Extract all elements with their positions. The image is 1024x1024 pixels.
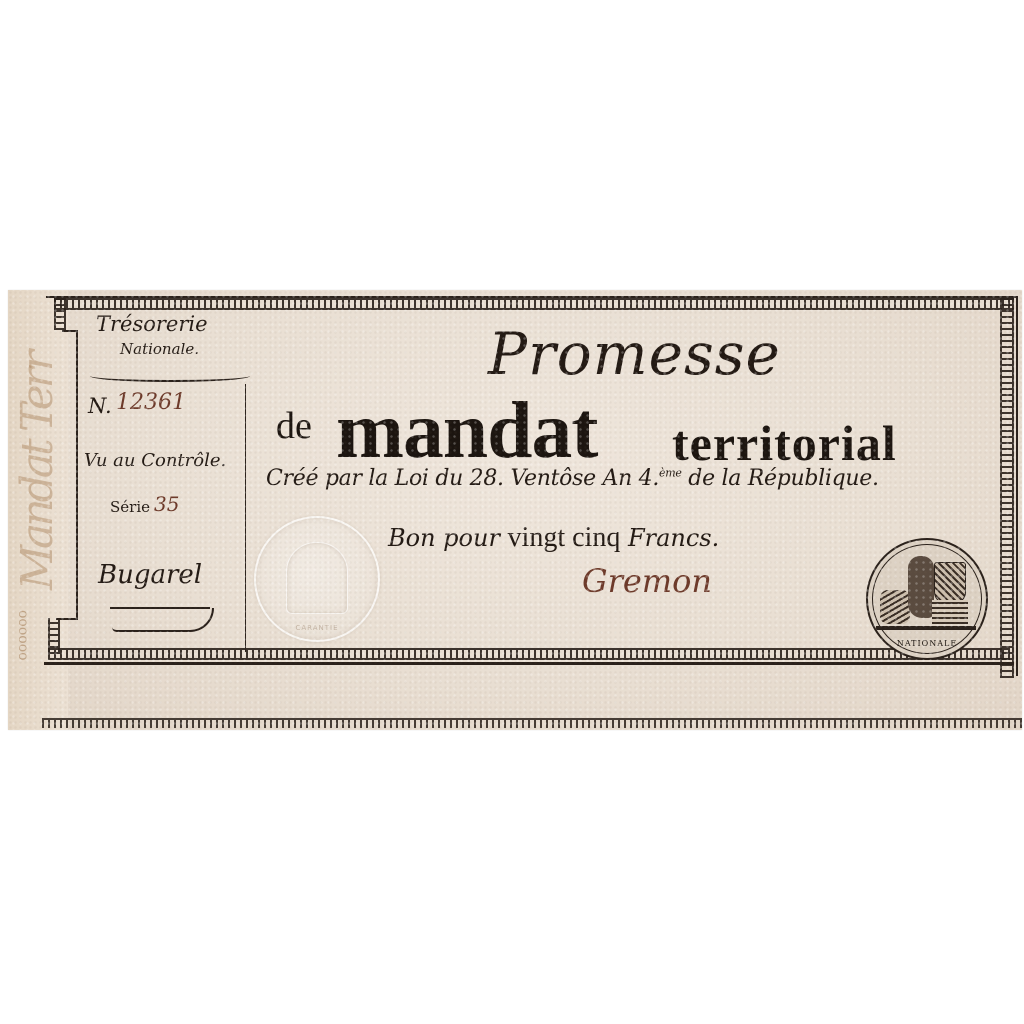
series-label: Série: [110, 498, 150, 516]
banknote: Mandat Terr oooooo Trésorerie Nationale.…: [8, 290, 1022, 730]
printed-seal-label: NATIONALE: [868, 639, 986, 648]
printed-seal: NATIONALE: [866, 538, 988, 660]
border-right-pattern: [1000, 298, 1014, 678]
border-left-top-pattern: [54, 298, 66, 330]
flourish-divider: [90, 370, 250, 382]
border-bottom-rule: [44, 662, 1014, 665]
seated-figure-icon: [908, 556, 934, 618]
adjacent-note-border: [42, 718, 1022, 728]
serial-number-label: N.: [88, 394, 112, 418]
embossed-seal-label: CARANTIE: [256, 624, 378, 632]
embossed-seal: CARANTIE: [254, 516, 380, 642]
series-value: 35: [154, 492, 179, 516]
control-text: Vu au Contrôle.: [84, 450, 226, 471]
border-inner-bottom-rule: [56, 618, 78, 620]
seal-tablet-icon: [934, 562, 966, 604]
seal-pedestal-icon: [932, 600, 968, 624]
border-inner-left-rule: [76, 330, 78, 618]
serial-number-value: 12361: [116, 390, 186, 415]
issuer-line-1: Trésorerie: [96, 312, 208, 336]
border-bottom-pattern: [48, 648, 1010, 660]
seal-base-line: [876, 626, 976, 630]
border-inner-top-rule: [62, 330, 78, 332]
value-amount: vingt cinq: [508, 522, 621, 553]
left-signature: Bugarel: [98, 560, 202, 590]
title-mandat: mandat: [336, 386, 597, 477]
issuer-line-2: Nationale.: [120, 340, 199, 358]
left-panel-divider: [245, 384, 246, 652]
signature-flourish-loop: [112, 608, 214, 632]
value-post: Francs.: [620, 524, 719, 552]
center-signature: Gremon: [582, 562, 712, 600]
embossed-figure-icon: [286, 542, 348, 614]
law-text-pre: Créé par la Loi du 28. Ventôse An 4.: [266, 466, 659, 491]
value-statement: Bon pour vingt cinq Francs.: [388, 522, 719, 554]
title-territorial: territorial: [672, 414, 897, 472]
heading-promesse: Promesse: [488, 320, 781, 388]
stub-perforation: oooooo: [14, 610, 32, 661]
border-top-pattern: [54, 298, 1014, 310]
law-text-superscript: ème: [659, 467, 682, 480]
law-text-post: de la République.: [682, 466, 879, 491]
border-left-bottom-pattern: [48, 618, 60, 654]
law-text: Créé par la Loi du 28. Ventôse An 4.ème …: [266, 466, 879, 491]
seal-trophy-icon: [880, 590, 910, 624]
title-de: de: [276, 404, 312, 448]
value-pre: Bon pour: [388, 524, 508, 552]
